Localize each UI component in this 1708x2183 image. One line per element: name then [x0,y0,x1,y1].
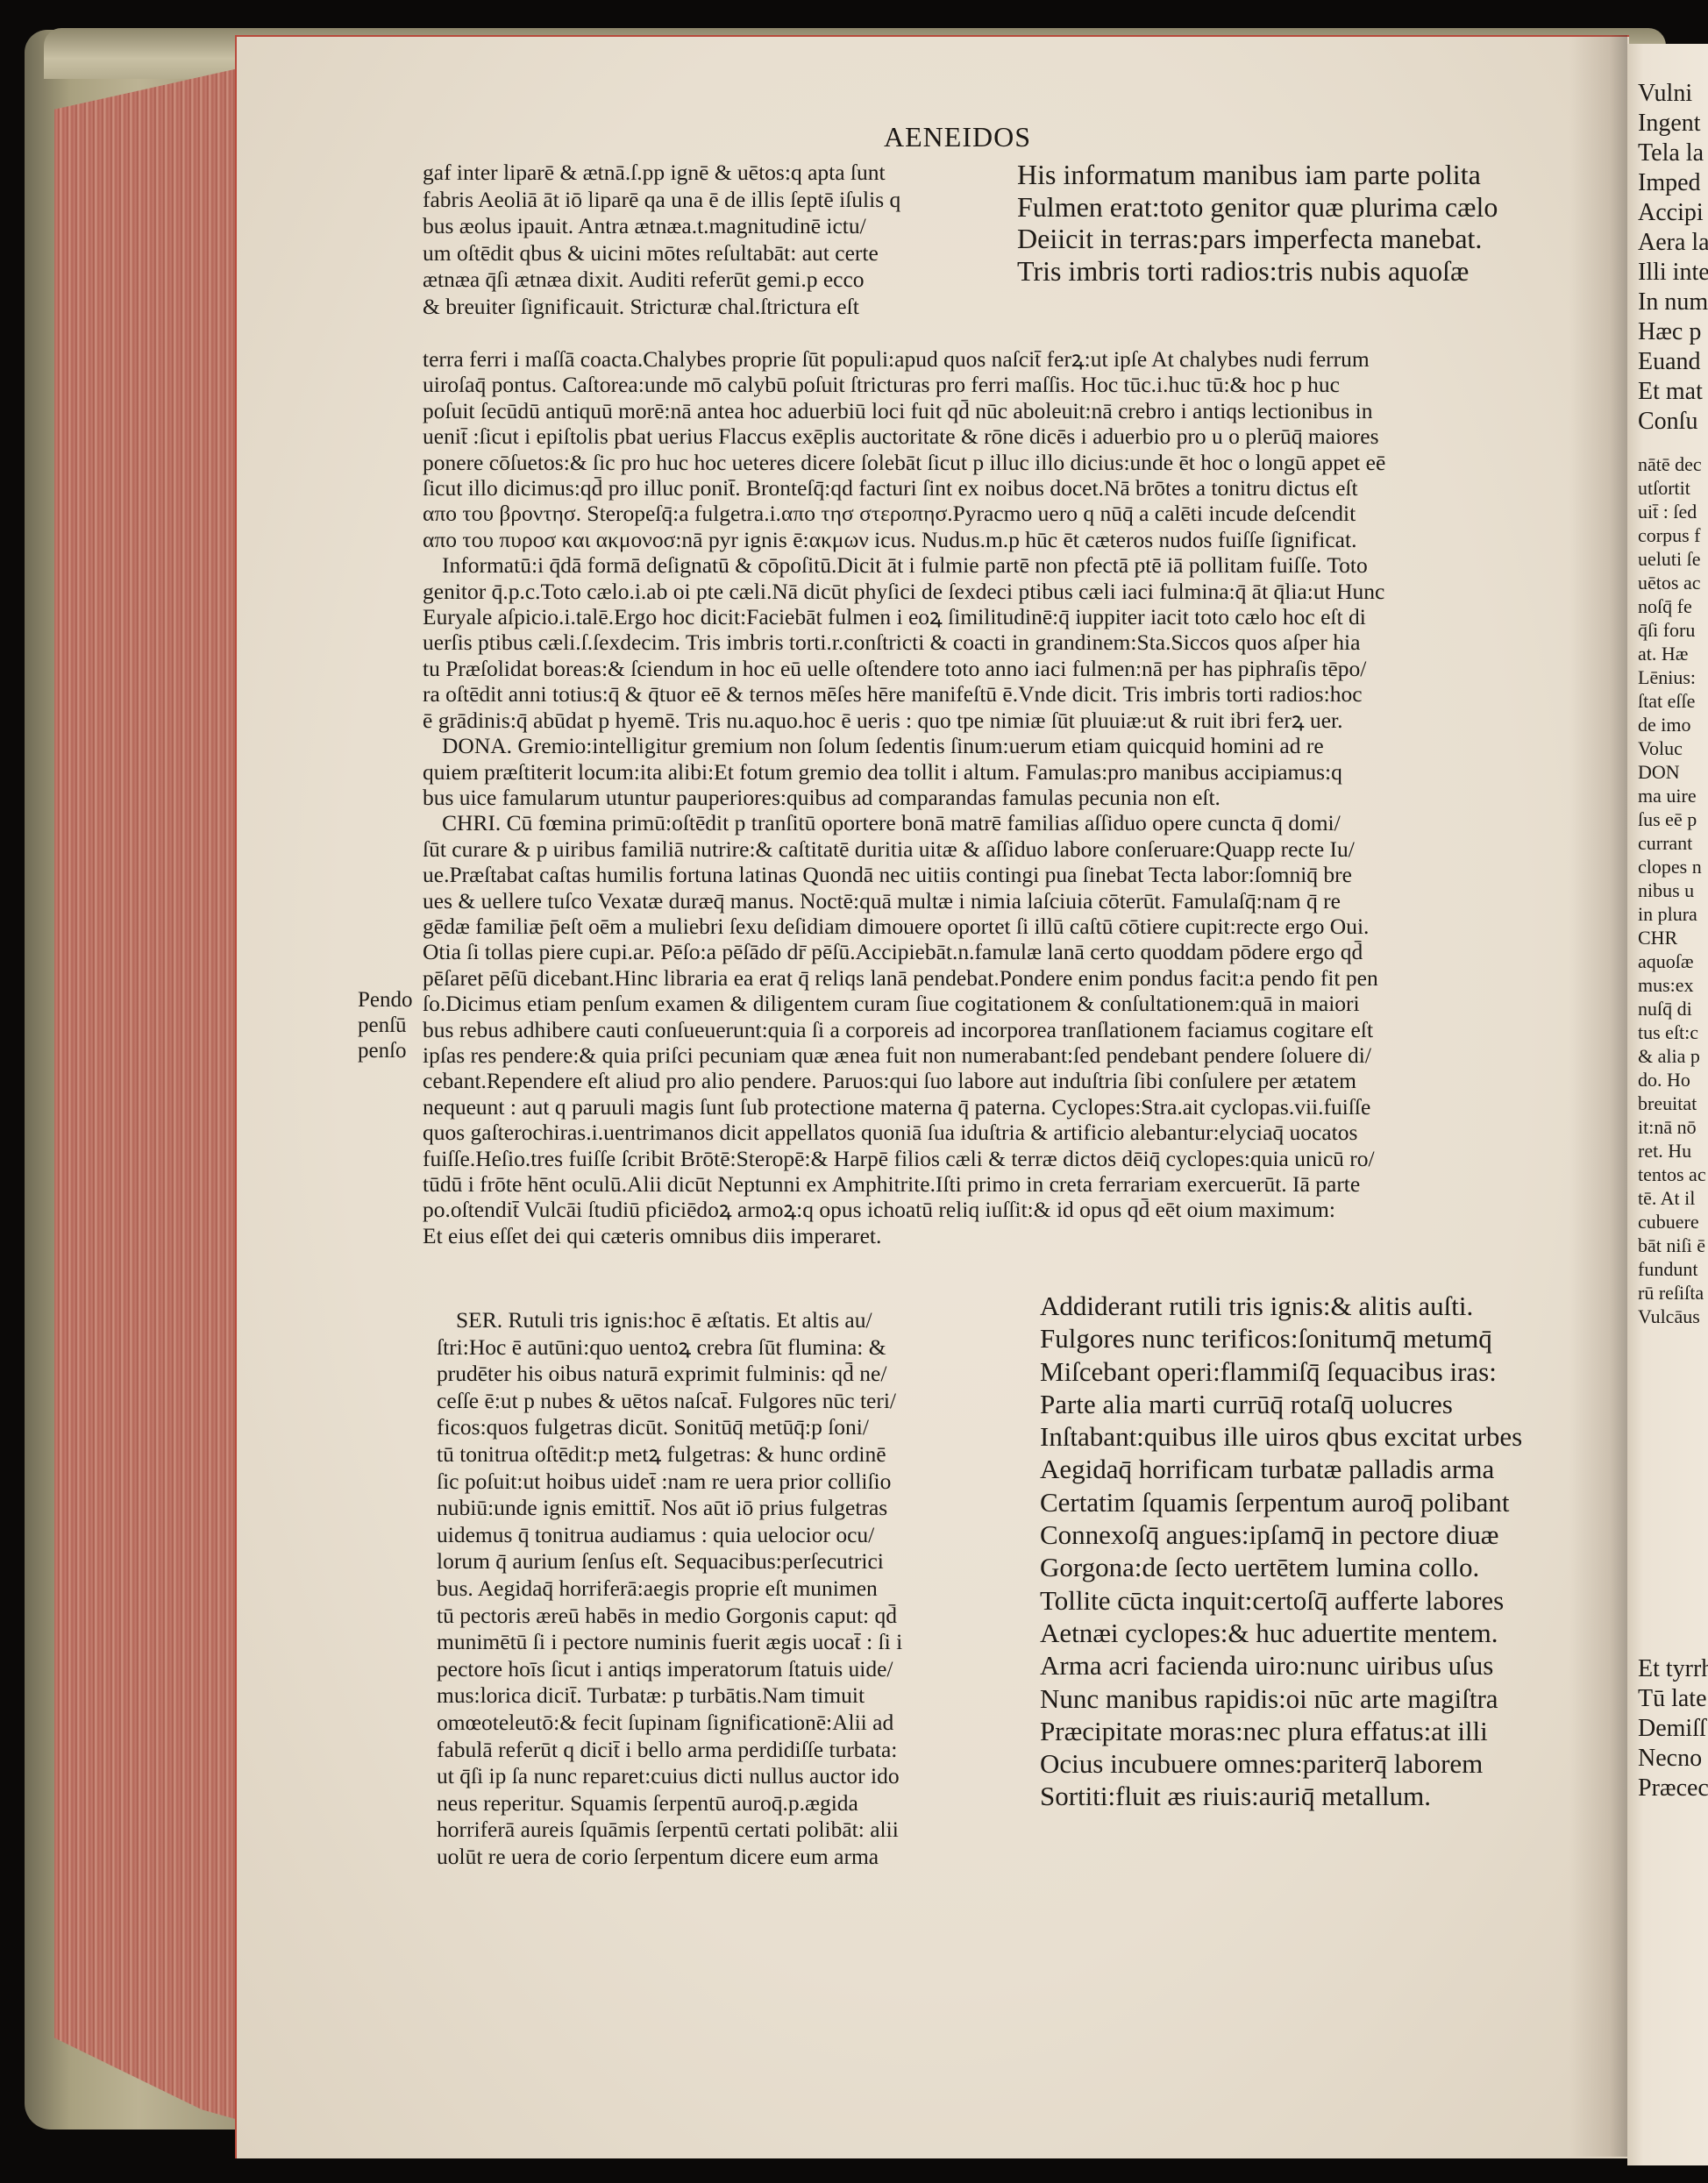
commentary-line: DONA. Gremio:intelligitur gremium non ſo… [423,733,1385,758]
commentary-line: ponere cōſuetos:& ſic pro huc hoc uetere… [423,450,1385,475]
commentary-line: ut q̄ſi ip ſa nunc reparet:cuius dicti n… [437,1763,902,1790]
commentary-line: prudēter his oibus naturā exprimit fulmi… [437,1361,902,1388]
commentary-line-fragment: Voluc [1638,736,1706,760]
verse-line: Inſtabant:quibus ille uiros qbus excitat… [1040,1420,1522,1453]
verse-line-fragment: Necno [1638,1744,1708,1774]
commentary-line: fabulā referūt q dicit̄ i bello arma per… [437,1737,902,1764]
commentary-line: bus rebus adhibere cauti conſueuerunt:qu… [423,1017,1385,1042]
commentary-line-fragment: noſq̄ fe [1638,594,1706,618]
verse-line: Fulgores nunc terificos:ſonitumq̄ metumq… [1040,1322,1522,1355]
commentary-line-fragment: corpus f [1638,523,1706,547]
verse-line: Addiderant rutili tris ignis:& alitis au… [1040,1290,1522,1322]
commentary-line: ipſas res pendere:& quia priſci pecuniam… [423,1042,1385,1068]
commentary-line: tū tonitrua oſtēdit:p metꝝ fulgetras: & … [437,1441,902,1468]
commentary-line: bus. Aegidaq̄ horriferā:aegis proprie eſ… [437,1575,902,1603]
commentary-line: ſic poſuit:ut hoibus uidet̄ :nam re uera… [437,1468,902,1496]
commentary-line: terra ferri i maſſā coacta.Chalybes prop… [423,346,1385,372]
commentary-line-fragment: in plura [1638,902,1706,926]
verse-line: Arma acri facienda uiro:nunc uiribus uſu… [1040,1649,1522,1682]
verse-line: Connexoſq̄ angues:ipſamq̄ in pectore diu… [1040,1518,1522,1551]
marginal-note: penſū [358,1013,413,1038]
verse-top-block: His informatum manibus iam parte politaF… [1017,159,1498,287]
commentary-line: uolūt re uera de corio ſerpentum dicere … [437,1844,902,1871]
commentary-bottom-block: SER. Rutuli tris ignis:hoc ē æſtatis. Et… [437,1307,902,1870]
commentary-line: neus reperitur. Squamis ſerpentū auroq̄.… [437,1790,902,1817]
right-page-commentary: nātē decutſortituit̄ : ſedcorpus fueluti… [1638,452,1706,1328]
commentary-line-fragment: fundunt [1638,1257,1706,1281]
commentary-line-fragment: DON [1638,760,1706,784]
commentary-line: quiem præſtiterit locum:ita alibi:Et fot… [423,759,1385,785]
commentary-line-fragment: breuitat [1638,1091,1706,1115]
commentary-line: Informatū:i q̄dā formā deſignatū & cōpoſ… [423,552,1385,578]
verse-line-fragment: Aera la [1638,228,1708,258]
verse-line-fragment: Et mat [1638,377,1708,407]
commentary-line: gēdæ familiæ p̄eſt oēm a muliebri ſexu d… [423,914,1385,939]
commentary-line: & breuiter ſignificauit. Stricturæ chal.… [423,294,900,321]
red-stained-fore-edge [54,68,238,2120]
verse-line: Deiicit in terras:pars imperfecta maneba… [1017,223,1498,255]
commentary-line-fragment: q̄ſi foru [1638,618,1706,642]
commentary-line: munimētū ſi i pectore numinis fuerit ægi… [437,1629,902,1656]
commentary-line-fragment: at. Hæ [1638,642,1706,665]
commentary-line: ſicut illo dicimus:qd̄ pro illuc ponit̄.… [423,475,1385,501]
commentary-line: lorum q̄ aurium ſenſus eſt. Sequacibus:p… [437,1548,902,1575]
commentary-line: quos gaſterochiras.i.uentrimanos dicit a… [423,1120,1385,1145]
right-page-verse-top: VulniIngentTela laImpedAccipiAera laIlli… [1638,79,1708,437]
commentary-line: fuiſſe.Heſio.tres fuiſſe ſcribit Brōtē:S… [423,1146,1385,1171]
verse-line-fragment: Præcec [1638,1774,1708,1803]
commentary-line: απο του βροντησ. Steropeſq̄:a fulgetra.i… [423,501,1385,526]
commentary-line: ſūt curare & p uiribus familiā nutrire:&… [423,836,1385,862]
marginal-note: Pendo [358,987,413,1013]
commentary-line: cebant.Rependere eſt aliud pro alio pend… [423,1068,1385,1093]
commentary-line-fragment: de imo [1638,713,1706,736]
commentary-top-block: gaf inter liparē & ætnā.ſ.pp ignē & uēto… [423,160,900,320]
verse-line: Sortiti:fluit æs riuis:auriq̄ metallum. [1040,1780,1522,1812]
commentary-line-fragment: utſortit [1638,476,1706,500]
verse-line: Aetnæi cyclopes:& huc aduertite mentem. [1040,1617,1522,1649]
commentary-line: ſtri:Hoc ē autūni:quo uentoꝝ crebra ſūt … [437,1334,902,1362]
commentary-line-fragment: tē. At il [1638,1186,1706,1210]
commentary-line: po.oſtendit̄ Vulcāi ſtudiū pficiēdoꝝ arm… [423,1197,1385,1222]
commentary-line: Euryale aſpicio.i.talē.Ergo hoc dicit:Fa… [423,604,1385,629]
commentary-full-width-block: terra ferri i maſſā coacta.Chalybes prop… [423,346,1385,1248]
commentary-line: genitor q̄.p.c.Toto cælo.i.ab oi pte cæl… [423,579,1385,604]
verse-line: Præcipitate moras:nec plura effatus:at i… [1040,1715,1522,1747]
commentary-line: ē grādinis:q̄ abūdat p hyemē. Tris nu.aq… [423,708,1385,733]
commentary-line: Otia ſi tollas piere cupi.ar. Pēſo:a pēſ… [423,939,1385,964]
commentary-line-fragment: ueluti ſe [1638,547,1706,571]
commentary-line: uenit̄ :ſicut i epiſtolis pbat uerius Fl… [423,423,1385,449]
verse-line: Miſcebant operi:flammiſq̄ ſequacibus ira… [1040,1355,1522,1388]
verse-line-fragment: Vulni [1638,79,1708,109]
verse-line-fragment: Accipi [1638,198,1708,228]
commentary-line: uidemus q̄ tonitrua audiamus : quia uelo… [437,1522,902,1549]
commentary-line-fragment: nibus u [1638,878,1706,902]
verse-line-fragment: Tū late [1638,1684,1708,1714]
verse-line-fragment: Tela la [1638,139,1708,168]
commentary-line: omœoteleutō:& fecit ſupinam ſignificatio… [437,1710,902,1737]
verse-line: Certatim ſquamis ſerpentum auroq̄ poliba… [1040,1486,1522,1518]
verse-line-fragment: Imped [1638,168,1708,198]
commentary-line: ſo.Dicimus etiam penſum examen & diligen… [423,991,1385,1016]
commentary-line: ue.Præſtabat caſtas humilis fortuna lati… [423,862,1385,887]
commentary-line: bus æolus ipauit. Antra ætnæa.t.magnitud… [423,213,900,240]
marginal-notes: Pendopenſūpenſo [358,987,413,1063]
commentary-line-fragment: mus:ex [1638,973,1706,997]
commentary-line-fragment: uētos ac [1638,571,1706,594]
commentary-line: um oſtēdit qbus & uicini mōtes reſultabā… [423,240,900,267]
commentary-line: pectore hoīs ſicut i antiqs imperatorum … [437,1656,902,1683]
commentary-line-fragment: rū reſiſta [1638,1281,1706,1305]
commentary-line-fragment: ſtat eſſe [1638,689,1706,713]
verse-line: Gorgona:de ſecto uertētem lumina collo. [1040,1551,1522,1583]
commentary-line: tūdū i frōte hēnt oculū.Alii dicūt Neptu… [423,1171,1385,1197]
commentary-line: pēſaret pēſū dicebant.Hinc libraria ea e… [423,965,1385,991]
commentary-line-fragment: tus eſt:c [1638,1020,1706,1044]
commentary-line: horriferā aureis ſquāmis ſerpentū certat… [437,1817,902,1844]
commentary-line: bus uice famularum utuntur pauperiores:q… [423,785,1385,810]
commentary-line: ra oſtēdit anni totius:q̄ & q̄tuor eē & … [423,681,1385,707]
commentary-line-fragment: it:nā nō [1638,1115,1706,1139]
commentary-line: Et eius eſſet dei qui cæteris omnibus di… [423,1223,1385,1248]
verse-line-fragment: Euand [1638,347,1708,377]
commentary-line-fragment: cubuere [1638,1210,1706,1234]
commentary-line-fragment: currant [1638,831,1706,855]
verse-line-fragment: Et tyrrh [1638,1654,1708,1684]
verse-line-fragment: In num [1638,288,1708,317]
verse-line-fragment: Conſu [1638,407,1708,437]
commentary-line-fragment: aquoſæ [1638,949,1706,973]
commentary-line-fragment: ſus eē p [1638,807,1706,831]
commentary-line: mus:lorica dicit̄. Turbatæ: p turbātis.N… [437,1682,902,1710]
commentary-line-fragment: ma uire [1638,784,1706,807]
verse-line: Tollite cūcta inquit:certoſq̄ aufferte l… [1040,1584,1522,1617]
right-page-verse-bottom: Et tyrrhTū lateDemiſſNecnoPræcec [1638,1654,1708,1803]
commentary-line: ætnæa q̄ſi ætnæa dixit. Auditi referūt g… [423,267,900,294]
commentary-line-fragment: CHR [1638,926,1706,949]
commentary-line: uiroſaq̄ pontus. Caſtorea:unde mō calybū… [423,372,1385,397]
verse-line: Tris imbris torti radios:tris nubis aquo… [1017,255,1498,288]
verse-line: Parte alia marti currūq̄ rotaſq̄ uolucre… [1040,1388,1522,1420]
verse-line: Aegidaq̄ horrificam turbatæ palladis arm… [1040,1453,1522,1485]
verse-line: His informatum manibus iam parte polita [1017,159,1498,191]
verse-line: Fulmen erat:toto genitor quæ plurima cæl… [1017,191,1498,224]
verse-bottom-block: Addiderant rutili tris ignis:& alitis au… [1040,1290,1522,1813]
running-header: AENEIDOS [884,121,1031,153]
commentary-line: nequeunt : aut q paruuli magis ſunt ſub … [423,1094,1385,1120]
commentary-line: απο του πυροσ και ακμονοσ:nā pyr ignis ē… [423,527,1385,552]
commentary-line: gaf inter liparē & ætnā.ſ.pp ignē & uēto… [423,160,900,187]
commentary-line-fragment: nātē dec [1638,452,1706,476]
verse-line: Nunc manibus rapidis:oi nūc arte magiſtr… [1040,1682,1522,1715]
commentary-line-fragment: do. Ho [1638,1068,1706,1091]
commentary-line: ceſſe ē:ut p nubes & uētos naſcat̄. Fulg… [437,1388,902,1415]
commentary-line: SER. Rutuli tris ignis:hoc ē æſtatis. Et… [437,1307,902,1334]
commentary-line: poſuit ſecūdū antiquū morē:nā antea hoc … [423,398,1385,423]
commentary-line-fragment: clopes n [1638,855,1706,878]
commentary-line-fragment: uit̄ : ſed [1638,500,1706,523]
gutter-shadow [1569,35,1627,2157]
verse-line: Ocius incubuere omnes:pariterq̄ laborem [1040,1747,1522,1780]
commentary-line-fragment: Lēnius: [1638,665,1706,689]
commentary-line-fragment: Vulcāus [1638,1305,1706,1328]
commentary-line: ficos:quos fulgetras dicūt. Sonitūq̄ met… [437,1414,902,1441]
right-page-edge: VulniIngentTela laImpedAccipiAera laIlli… [1627,44,1708,2165]
commentary-line-fragment: bāt niſi ē [1638,1234,1706,1257]
commentary-line: ues & uellere tuſco Vexatæ duræq̄ manus.… [423,888,1385,914]
commentary-line-fragment: & alia p [1638,1044,1706,1068]
commentary-line: tu Præſolidat boreas:& ſciendum in hoc e… [423,656,1385,681]
verse-line-fragment: Ingent [1638,109,1708,139]
commentary-line-fragment: nuſq̄ di [1638,997,1706,1020]
marginal-note: penſo [358,1038,413,1063]
commentary-line: CHRI. Cū fœmina primū:oſtēdit p tranſitū… [423,810,1385,836]
commentary-line: tū pectoris æreū habēs in medio Gorgonis… [437,1603,902,1630]
verse-line-fragment: Hæc p [1638,317,1708,347]
commentary-line-fragment: tentos ac [1638,1163,1706,1186]
verse-line-fragment: Demiſſ [1638,1714,1708,1744]
commentary-line: uerſis ptibus cæli.ſ.ſexdecim. Tris imbr… [423,629,1385,655]
commentary-line: fabris Aeoliā āt iō liparē qa una ē de i… [423,187,900,214]
commentary-line-fragment: ret. Hu [1638,1139,1706,1163]
commentary-line: nubiū:unde ignis emittit̄. Nos aūt iō pr… [437,1495,902,1522]
verse-line-fragment: Illi inte [1638,258,1708,288]
